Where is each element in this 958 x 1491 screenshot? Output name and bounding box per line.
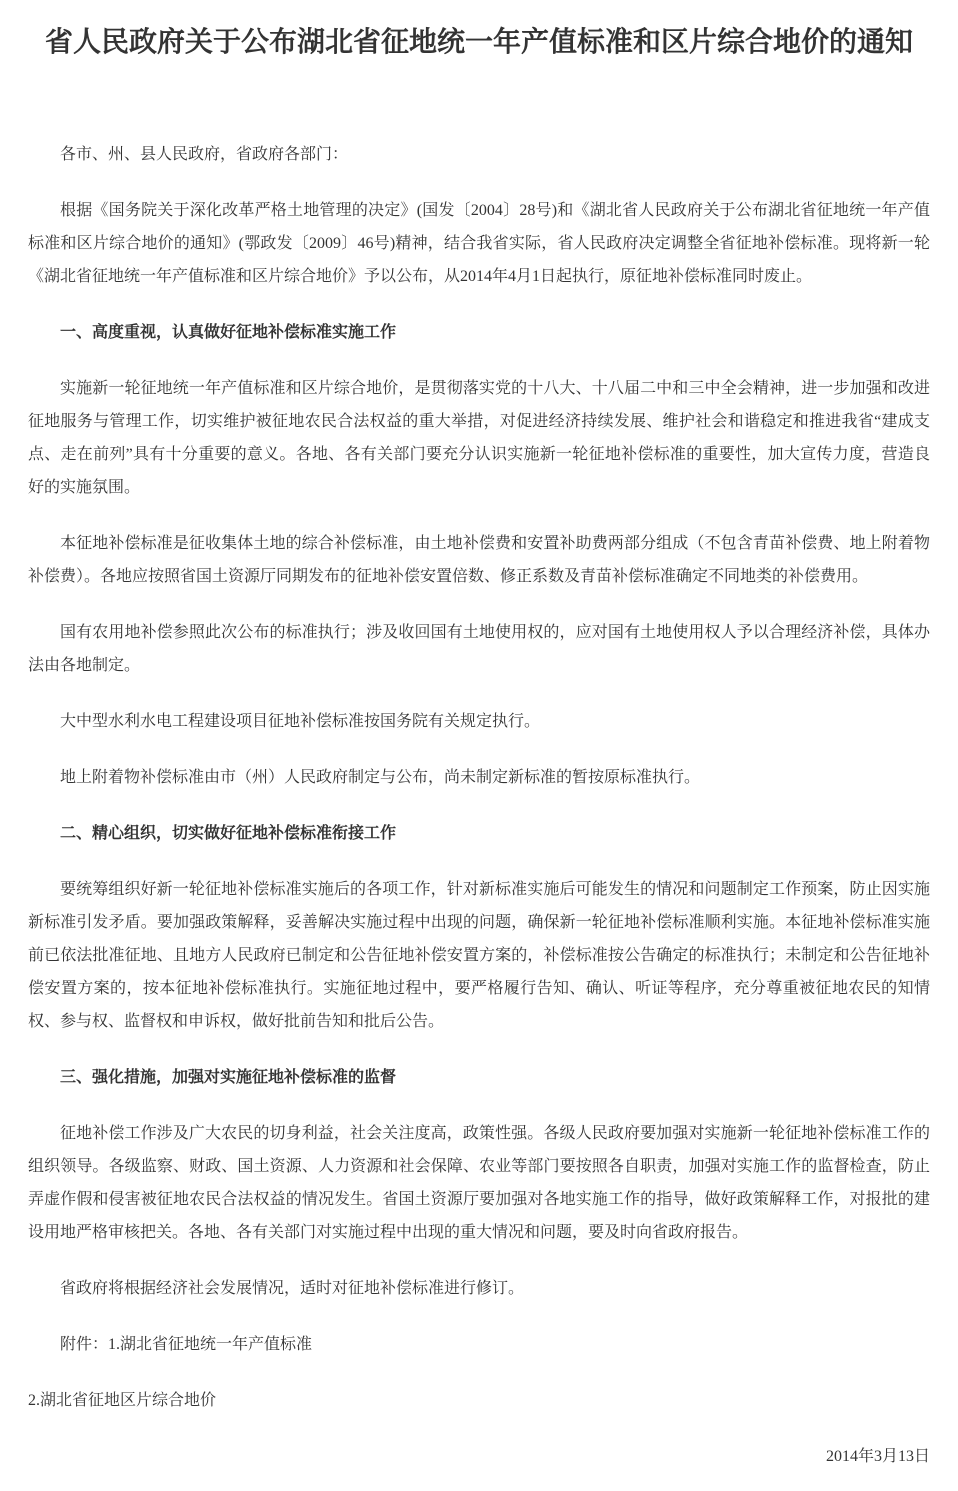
article-body: 各市、州、县人民政府，省政府各部门：根据《国务院关于深化改革严格土地管理的决定》… <box>28 138 930 1417</box>
paragraph: 各市、州、县人民政府，省政府各部门： <box>28 138 930 171</box>
document-title: 省人民政府关于公布湖北省征地统一年产值标准和区片综合地价的通知 <box>28 22 930 62</box>
section-heading: 二、精心组织，切实做好征地补偿标准衔接工作 <box>28 817 930 850</box>
paragraph: 国有农用地补偿参照此次公布的标准执行；涉及收回国有土地使用权的，应对国有土地使用… <box>28 616 930 682</box>
document-page: 省人民政府关于公布湖北省征地统一年产值标准和区片综合地价的通知 各市、州、县人民… <box>0 0 958 1491</box>
paragraph: 实施新一轮征地统一年产值标准和区片综合地价，是贯彻落实党的十八大、十八届二中和三… <box>28 372 930 504</box>
paragraph: 地上附着物补偿标准由市（州）人民政府制定与公布，尚未制定新标准的暂按原标准执行。 <box>28 761 930 794</box>
paragraph: 省政府将根据经济社会发展情况，适时对征地补偿标准进行修订。 <box>28 1272 930 1305</box>
paragraph: 根据《国务院关于深化改革严格土地管理的决定》(国发〔2004〕28号)和《湖北省… <box>28 194 930 293</box>
section-heading: 三、强化措施，加强对实施征地补偿标准的监督 <box>28 1061 930 1094</box>
paragraph: 要统筹组织好新一轮征地补偿标准实施后的各项工作，针对新标准实施后可能发生的情况和… <box>28 873 930 1038</box>
paragraph: 大中型水利水电工程建设项目征地补偿标准按国务院有关规定执行。 <box>28 705 930 738</box>
section-heading: 一、高度重视，认真做好征地补偿标准实施工作 <box>28 316 930 349</box>
paragraph: 征地补偿工作涉及广大农民的切身利益，社会关注度高，政策性强。各级人民政府要加强对… <box>28 1117 930 1249</box>
paragraph: 附件：1.湖北省征地统一年产值标准 <box>28 1328 930 1361</box>
paragraph: 2.湖北省征地区片综合地价 <box>28 1384 930 1417</box>
document-date: 2014年3月13日 <box>28 1440 930 1473</box>
paragraph: 本征地补偿标准是征收集体土地的综合补偿标准，由土地补偿费和安置补助费两部分组成（… <box>28 527 930 593</box>
